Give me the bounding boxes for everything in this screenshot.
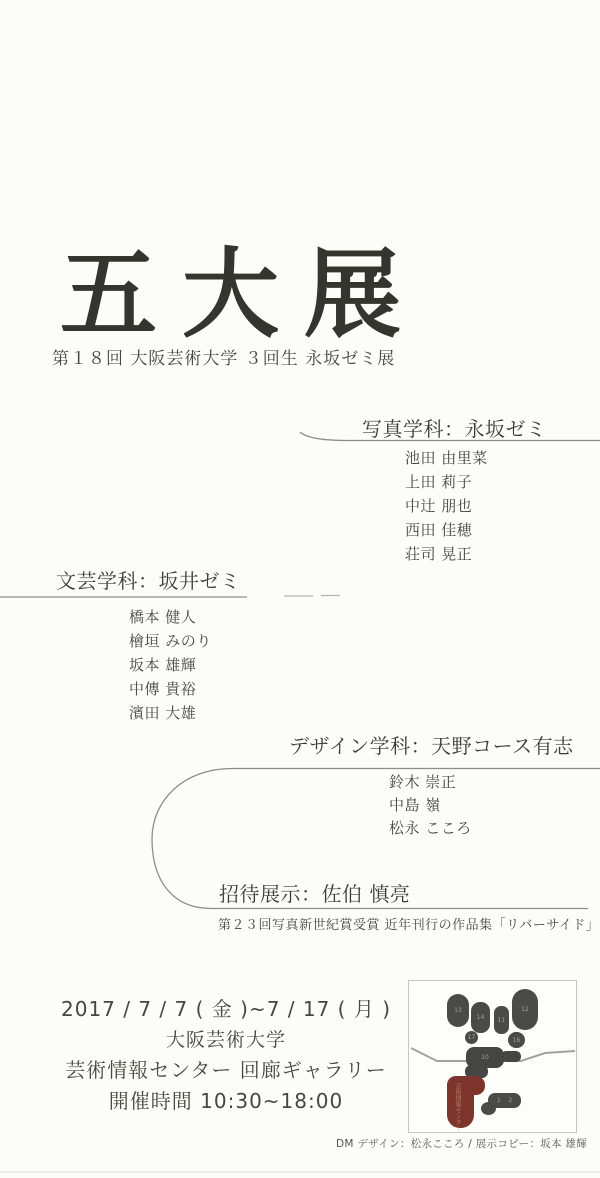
building-number: 10 bbox=[466, 1047, 504, 1068]
member-name: 松永 こころ bbox=[389, 817, 472, 840]
map-building-12: 12 bbox=[512, 989, 538, 1030]
map-building-11: 11 bbox=[494, 1006, 509, 1034]
member-name: 橋本 健人 bbox=[129, 605, 212, 629]
map-building-17: 17 bbox=[465, 1031, 478, 1044]
member-name: 中辻 朋也 bbox=[405, 494, 488, 518]
member-list-literary: 橋本 健人 檜垣 みのり 坂本 雄輝 中傳 貴裕 濱田 大雄 bbox=[129, 605, 212, 725]
member-name: 西田 佳穂 bbox=[405, 518, 488, 542]
member-list-photography: 池田 由里菜 上田 莉子 中辻 朋也 西田 佳穂 荘司 晃正 bbox=[405, 446, 488, 566]
member-name: 坂本 雄輝 bbox=[129, 653, 212, 677]
member-name: 荘司 晃正 bbox=[405, 542, 488, 566]
building-number: 16 bbox=[508, 1032, 525, 1048]
campus-map: 13 14 11 12 17 16 10 芸術情報センター 1 2 bbox=[408, 980, 577, 1133]
event-dates: 2017 / 7 / 7 ( 金 )~7 / 17 ( 月 ) bbox=[0, 994, 452, 1025]
member-name: 中島 嶺 bbox=[389, 794, 472, 817]
design-credit: DM デザイン：松永こころ / 展示コピー：坂本 雄輝 bbox=[336, 1136, 587, 1151]
map-building-10: 10 bbox=[466, 1047, 504, 1068]
section-heading-literary: 文芸学科：坂井ゼミ bbox=[56, 565, 241, 594]
map-building-13: 13 bbox=[447, 994, 469, 1027]
building-number: 12 bbox=[512, 989, 538, 1030]
map-building-16: 16 bbox=[508, 1032, 525, 1048]
map-gallery-label: 芸術情報センター bbox=[454, 1083, 461, 1125]
member-name: 池田 由里菜 bbox=[405, 446, 488, 470]
member-name: 鈴木 崇正 bbox=[389, 771, 472, 794]
event-university: 大阪芸術大学 bbox=[0, 1025, 452, 1056]
section-heading-design: デザイン学科：天野コース有志 bbox=[289, 730, 574, 759]
invited-exhibit-note: 第２３回写真新世紀賞受賞 近年刊行の作品集「リバーサイド」 bbox=[218, 914, 599, 933]
event-hours: 開催時間 10:30~18:00 bbox=[0, 1086, 452, 1117]
map-building-1-2: 1 2 bbox=[488, 1093, 521, 1108]
building-number: 1 bbox=[497, 1097, 501, 1104]
building-number: 14 bbox=[471, 1002, 490, 1033]
invited-exhibit-heading: 招待展示：佐伯 慎亮 bbox=[219, 878, 410, 907]
poster-subtitle: 第１８回 大阪芸術大学 ３回生 永坂ゼミ展 bbox=[52, 344, 395, 369]
building-number: 2 bbox=[508, 1097, 512, 1104]
building-number: 11 bbox=[494, 1006, 509, 1034]
member-name: 中傳 貴裕 bbox=[129, 677, 212, 701]
event-venue: 芸術情報センター 回廊ギャラリー bbox=[0, 1055, 452, 1086]
map-building-14: 14 bbox=[471, 1002, 490, 1033]
map-building-10-wing bbox=[501, 1051, 521, 1062]
building-number: 17 bbox=[465, 1031, 478, 1044]
event-info: 2017 / 7 / 7 ( 金 )~7 / 17 ( 月 ) 大阪芸術大学 芸… bbox=[0, 994, 452, 1116]
member-name: 上田 莉子 bbox=[405, 470, 488, 494]
building-number: 1 2 bbox=[488, 1093, 521, 1108]
member-list-design: 鈴木 崇正 中島 嶺 松永 こころ bbox=[389, 771, 472, 840]
member-name: 檜垣 みのり bbox=[129, 629, 212, 653]
building-number: 13 bbox=[447, 994, 469, 1027]
section-heading-photography: 写真学科：永坂ゼミ bbox=[362, 413, 547, 442]
exhibition-flyer: 五大展 第１８回 大阪芸術大学 ３回生 永坂ゼミ展 写真学科：永坂ゼミ 池田 由… bbox=[0, 0, 600, 1178]
member-name: 濱田 大雄 bbox=[129, 701, 212, 725]
poster-title: 五大展 bbox=[60, 246, 426, 343]
